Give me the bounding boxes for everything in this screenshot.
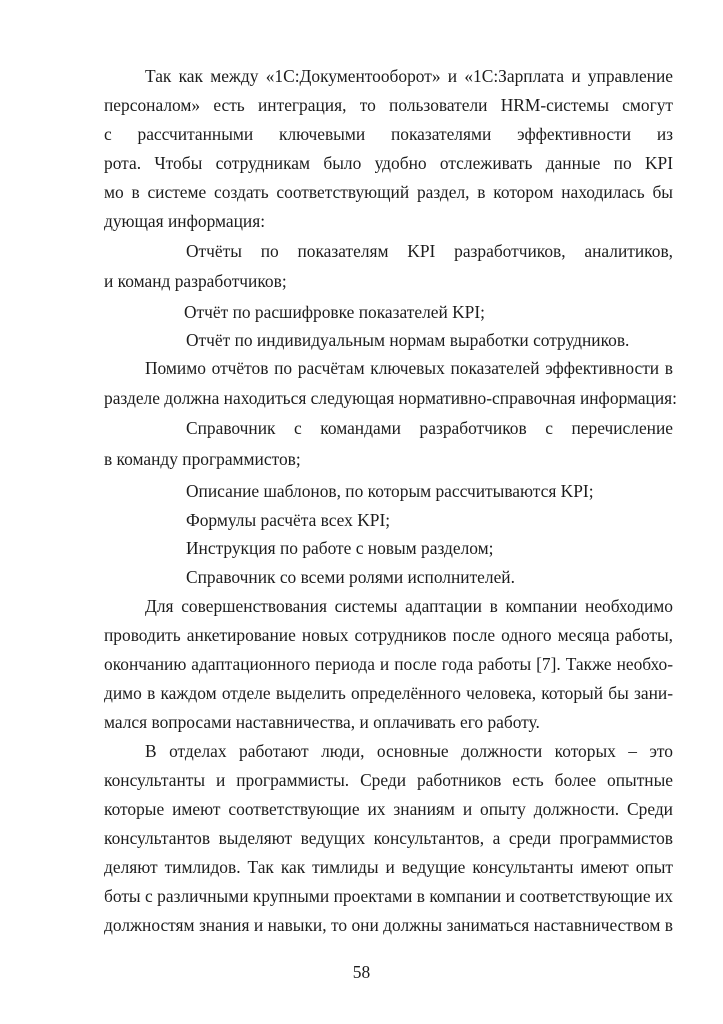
list-2-item-3: Формулы расчёта всех KPI; <box>186 510 390 530</box>
document-page: Так как между «1С:Документооборот» и «1С… <box>0 0 723 1024</box>
paragraph-3-line-2: проводить анкетирование новых сотруднико… <box>104 625 673 647</box>
paragraph-1-line-2: персоналом» есть интеграция, то пользова… <box>104 95 673 117</box>
paragraph-1-line-5: мо в системе создать соответствующий раз… <box>104 182 673 204</box>
paragraph-4-line-7: должностям знания и навыки, то они должн… <box>104 915 673 937</box>
paragraph-4-line-4: консультантов выделяют ведущих консульта… <box>104 828 673 850</box>
list-1-item-3: Отчёт по индивидуальным нормам выработки… <box>186 330 629 350</box>
paragraph-4-line-3: которые имеют соответствующие их знаниям… <box>104 799 673 821</box>
paragraph-2-line-2: разделе должна находиться следующая норм… <box>104 388 677 408</box>
paragraph-1-line-6: дующая информация: <box>104 211 265 231</box>
paragraph-2-line-1: Помимо отчётов по расчётам ключевых пока… <box>145 358 673 380</box>
paragraph-4-line-1: В отделах работают люди, основные должно… <box>145 741 673 763</box>
paragraph-1-line-3: с рассчитанными ключевыми показателями э… <box>104 124 673 146</box>
paragraph-3-line-3: окончанию адаптационного периода и после… <box>104 654 673 676</box>
list-1-item-2: Отчёт по расшифровке показателей KPI; <box>184 302 485 322</box>
list-1-item-1-line-2: и команд разработчиков; <box>104 271 287 291</box>
list-1-item-1-line-1: Отчёты по показателям KPI разработчиков,… <box>186 241 673 263</box>
paragraph-1-line-1: Так как между «1С:Документооборот» и «1С… <box>145 66 673 88</box>
list-2-item-5: Справочник со всеми ролями исполнителей. <box>186 567 515 587</box>
paragraph-1-line-4: рота. Чтобы сотрудникам было удобно отсл… <box>104 153 673 175</box>
paragraph-4-line-2: консультанты и программисты. Среди работ… <box>104 770 673 792</box>
list-2-item-1-line-2: в команду программистов; <box>104 449 301 469</box>
paragraph-4-line-6: боты с различными крупными проектами в к… <box>104 886 673 908</box>
paragraph-3-line-5: мался вопросами наставничества, и оплачи… <box>104 712 540 732</box>
page-number: 58 <box>0 962 723 983</box>
paragraph-3-line-1: Для совершенствования системы адаптации … <box>145 596 673 618</box>
paragraph-4-line-5: деляют тимлидов. Так как тимлиды и ведущ… <box>104 857 673 879</box>
list-2-item-4: Инструкция по работе с новым разделом; <box>186 538 493 558</box>
list-2-item-1-line-1: Справочник с командами разработчиков с п… <box>186 418 673 440</box>
paragraph-3-line-4: димо в каждом отделе выделить определённ… <box>104 683 673 705</box>
list-2-item-2: Описание шаблонов, по которым рассчитыва… <box>186 481 594 501</box>
